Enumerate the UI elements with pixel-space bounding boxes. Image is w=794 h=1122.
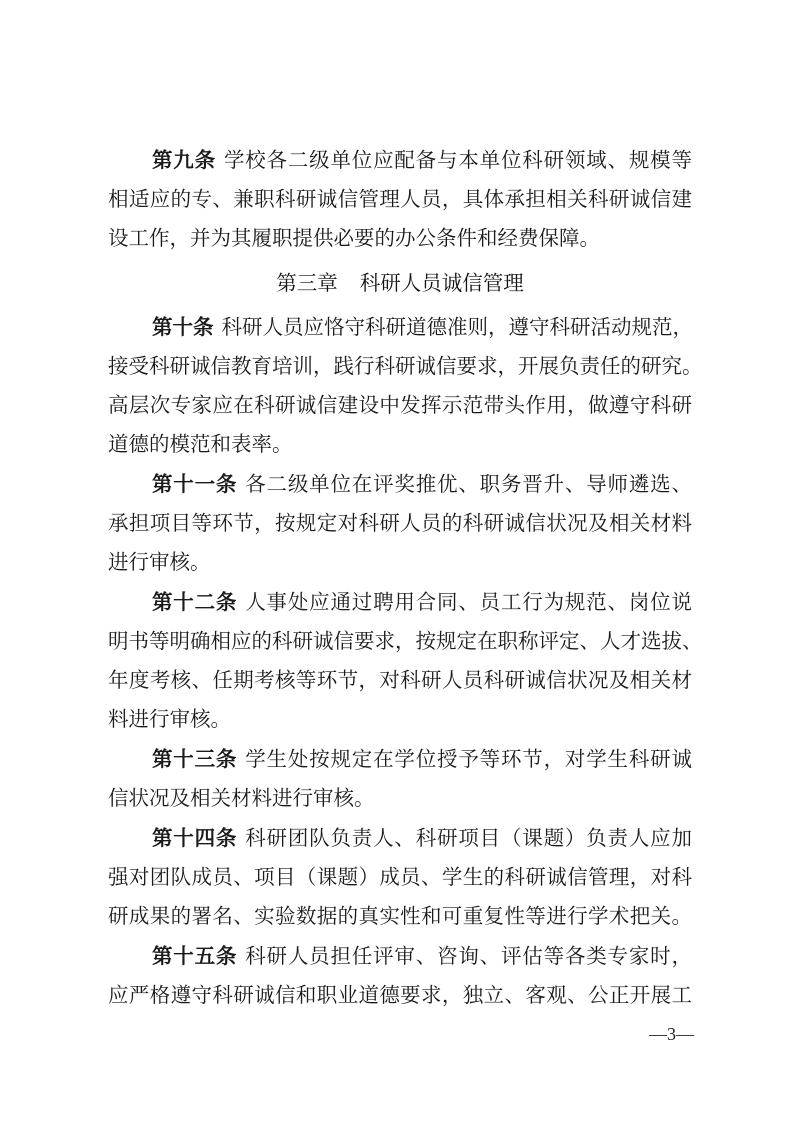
article-text: 各二级单位在评奖推优、职务晋升、导师遴选、 (245, 472, 692, 496)
article-12-line-2: 明书等明确相应的科研诚信要求，按规定在职称评定、人才选拔、 (108, 621, 692, 661)
article-text: 科研人员担任评审、咨询、评估等各类专家时， (245, 944, 692, 968)
article-11-lead: 第十一条 (152, 472, 237, 496)
article-14-line-2: 强对团队成员、项目（课题）成员、学生的科研诚信管理，对科 (108, 857, 692, 897)
article-14-lead: 第十四条 (152, 826, 237, 850)
article-text: 学校各二级单位应配备与本单位科研领域、规模等 (224, 148, 692, 172)
article-9-lead: 第九条 (152, 148, 216, 172)
article-10-line-3: 高层次专家应在科研诚信建设中发挥示范带头作用，做遵守科研 (108, 385, 692, 425)
article-text: 学生处按规定在学位授予等环节，对学生科研诚 (245, 747, 692, 771)
article-14-line-1: 第十四条科研团队负责人、科研项目（课题）负责人应加 (108, 818, 692, 858)
chapter-title: 科研人员诚信管理 (360, 271, 524, 295)
article-9-line-1: 第九条学校各二级单位应配备与本单位科研领域、规模等 (108, 140, 692, 180)
chapter-heading: 第三章科研人员诚信管理 (108, 263, 692, 303)
article-15-line-2: 应严格遵守科研诚信和职业道德要求，独立、客观、公正开展工 (108, 975, 692, 1015)
article-13-line-2: 信状况及相关材料进行审核。 (108, 778, 692, 818)
article-12-line-3: 年度考核、任期考核等环节，对科研人员科研诚信状况及相关材 (108, 660, 692, 700)
article-11-line-1: 第十一条各二级单位在评奖推优、职务晋升、导师遴选、 (108, 464, 692, 504)
article-11-line-2: 承担项目等环节，按规定对科研人员的科研诚信状况及相关材料 (108, 503, 692, 543)
article-12-line-1: 第十二条人事处应通过聘用合同、员工行为规范、岗位说 (108, 582, 692, 622)
article-11-line-3: 进行审核。 (108, 542, 692, 582)
article-15-line-1: 第十五条科研人员担任评审、咨询、评估等各类专家时， (108, 936, 692, 976)
article-text: 科研人员应恪守科研道德准则，遵守科研活动规范， (222, 315, 694, 339)
article-12-lead: 第十二条 (152, 590, 237, 614)
article-10-line-2: 接受科研诚信教育培训，践行科研诚信要求，开展负责任的研究。 (108, 346, 692, 386)
article-10-lead: 第十条 (152, 315, 214, 339)
article-text: 人事处应通过聘用合同、员工行为规范、岗位说 (245, 590, 692, 614)
article-10-line-4: 道德的模范和表率。 (108, 424, 692, 464)
article-9-line-3: 设工作，并为其履职提供必要的办公条件和经费保障。 (108, 218, 692, 258)
article-10-line-1: 第十条科研人员应恪守科研道德准则，遵守科研活动规范， (108, 307, 692, 347)
chapter-number: 第三章 (276, 271, 338, 295)
article-12-line-4: 料进行审核。 (108, 699, 692, 739)
page-number: —3— (649, 1024, 694, 1045)
article-text: 科研团队负责人、科研项目（课题）负责人应加 (245, 826, 692, 850)
article-13-lead: 第十三条 (152, 747, 237, 771)
article-9-line-2: 相适应的专、兼职科研诚信管理人员，具体承担相关科研诚信建 (108, 179, 692, 219)
article-15-lead: 第十五条 (152, 944, 237, 968)
article-13-line-1: 第十三条学生处按规定在学位授予等环节，对学生科研诚 (108, 739, 692, 779)
article-14-line-3: 研成果的署名、实验数据的真实性和可重复性等进行学术把关。 (108, 896, 692, 936)
